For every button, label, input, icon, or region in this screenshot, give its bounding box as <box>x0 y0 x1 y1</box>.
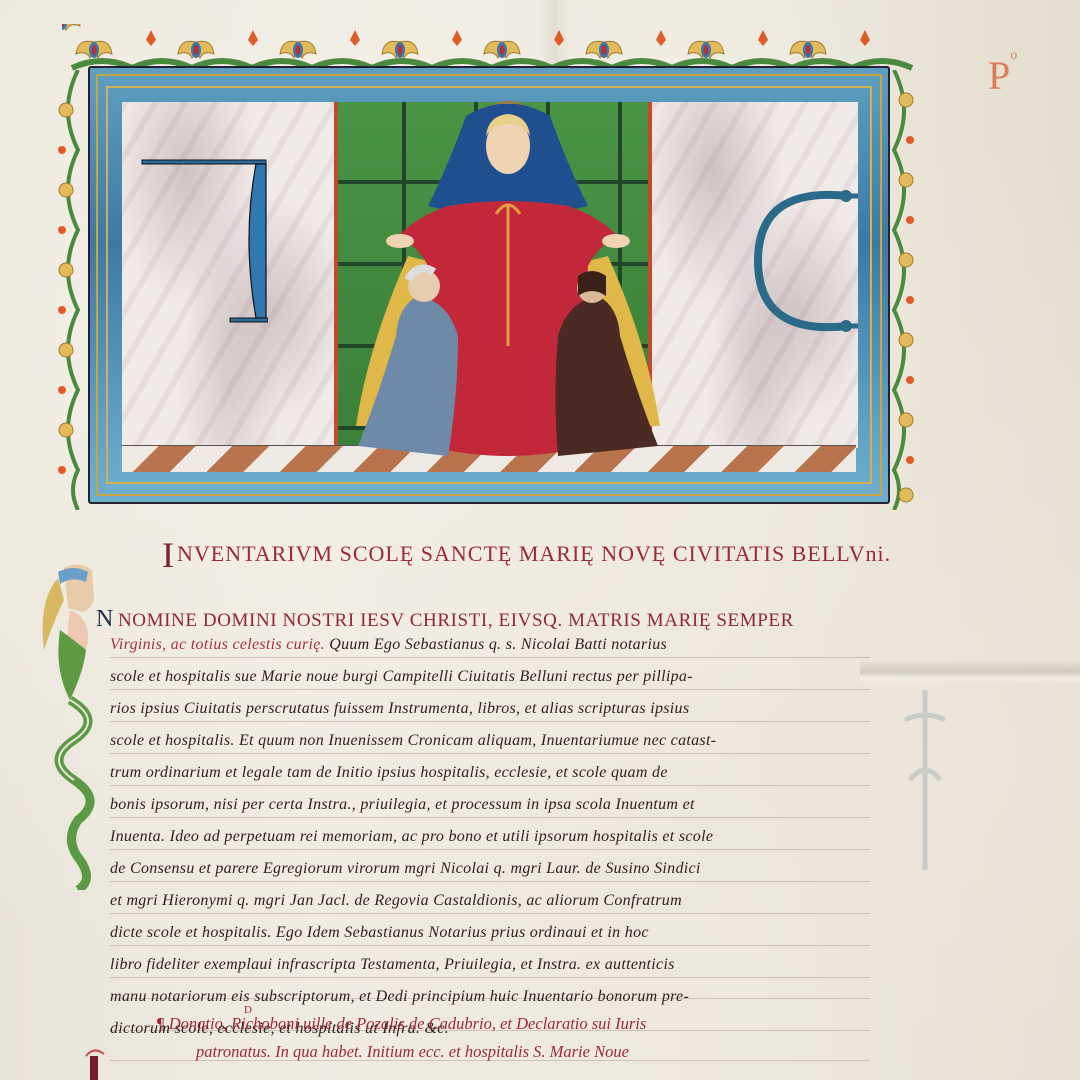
text-line: Virginis, ac totius celestis curię. Quum… <box>110 636 880 654</box>
text-line: scole et hospitalis sue Marie noue burgi… <box>110 668 880 686</box>
ruling-line <box>110 753 870 754</box>
ruling-line <box>110 849 870 850</box>
text-line: et mgri Hieronymi q. mgri Jan Jacl. de R… <box>110 892 880 910</box>
ruling-line <box>110 721 870 722</box>
ruling-line <box>110 817 870 818</box>
text-line: trum ordinarium et legale tam de Initio … <box>110 764 880 782</box>
text-line: rios ipsius Ciuitatis perscrutatus fuiss… <box>110 700 880 718</box>
manuscript-page: Po <box>0 0 1080 1080</box>
show-through-ornament <box>895 690 955 870</box>
parchment-crease <box>860 660 1080 684</box>
red-initial-fragment <box>82 1046 106 1080</box>
manuscript-title: INVENTARIVM SCOLĘ SANCTĘ MARIĘ NOVĘ CIVI… <box>162 528 891 570</box>
ruling-line <box>110 689 870 690</box>
text-line: de Consensu et parere Egregiorum virorum… <box>110 860 880 878</box>
folio-number: Po <box>988 52 1017 99</box>
madonna-misericordia-figure <box>348 96 668 486</box>
left-floral-vine <box>48 70 88 510</box>
ruling-line <box>110 657 870 658</box>
ruling-line <box>110 977 870 978</box>
initial-letter-i <box>138 158 268 323</box>
text-line: Inuenta. Ideo ad perpetuam rei memoriam,… <box>110 828 880 846</box>
ruling-line <box>110 945 870 946</box>
text-line: scole et hospitalis. Et quum non Inuenis… <box>110 732 880 750</box>
text-line: libro fideliter exemplaui infrascripta T… <box>110 956 880 974</box>
initial-letter-c <box>748 186 858 336</box>
rubric-line: ¶ Donatio, Richoboni uille de Pozalis de… <box>156 1014 646 1034</box>
ruling-line <box>110 913 870 914</box>
text-line: manu notariorum eis subscriptorum, et De… <box>110 988 880 1006</box>
text-line: dicte scole et hospitalis. Ego Idem Seba… <box>110 924 880 942</box>
miniature-frame <box>88 66 890 504</box>
right-floral-vine <box>884 70 924 510</box>
ruling-line <box>110 881 870 882</box>
text-line: bonis ipsorum, nisi per certa Instra., p… <box>110 796 880 814</box>
rubric-line: patronatus. In qua habet. Initium ecc. e… <box>196 1042 629 1062</box>
invocation-line: NNOMINE DOMINI NOSTRI IESV CHRISTI, EIVS… <box>96 606 794 633</box>
ruling-line <box>110 785 870 786</box>
